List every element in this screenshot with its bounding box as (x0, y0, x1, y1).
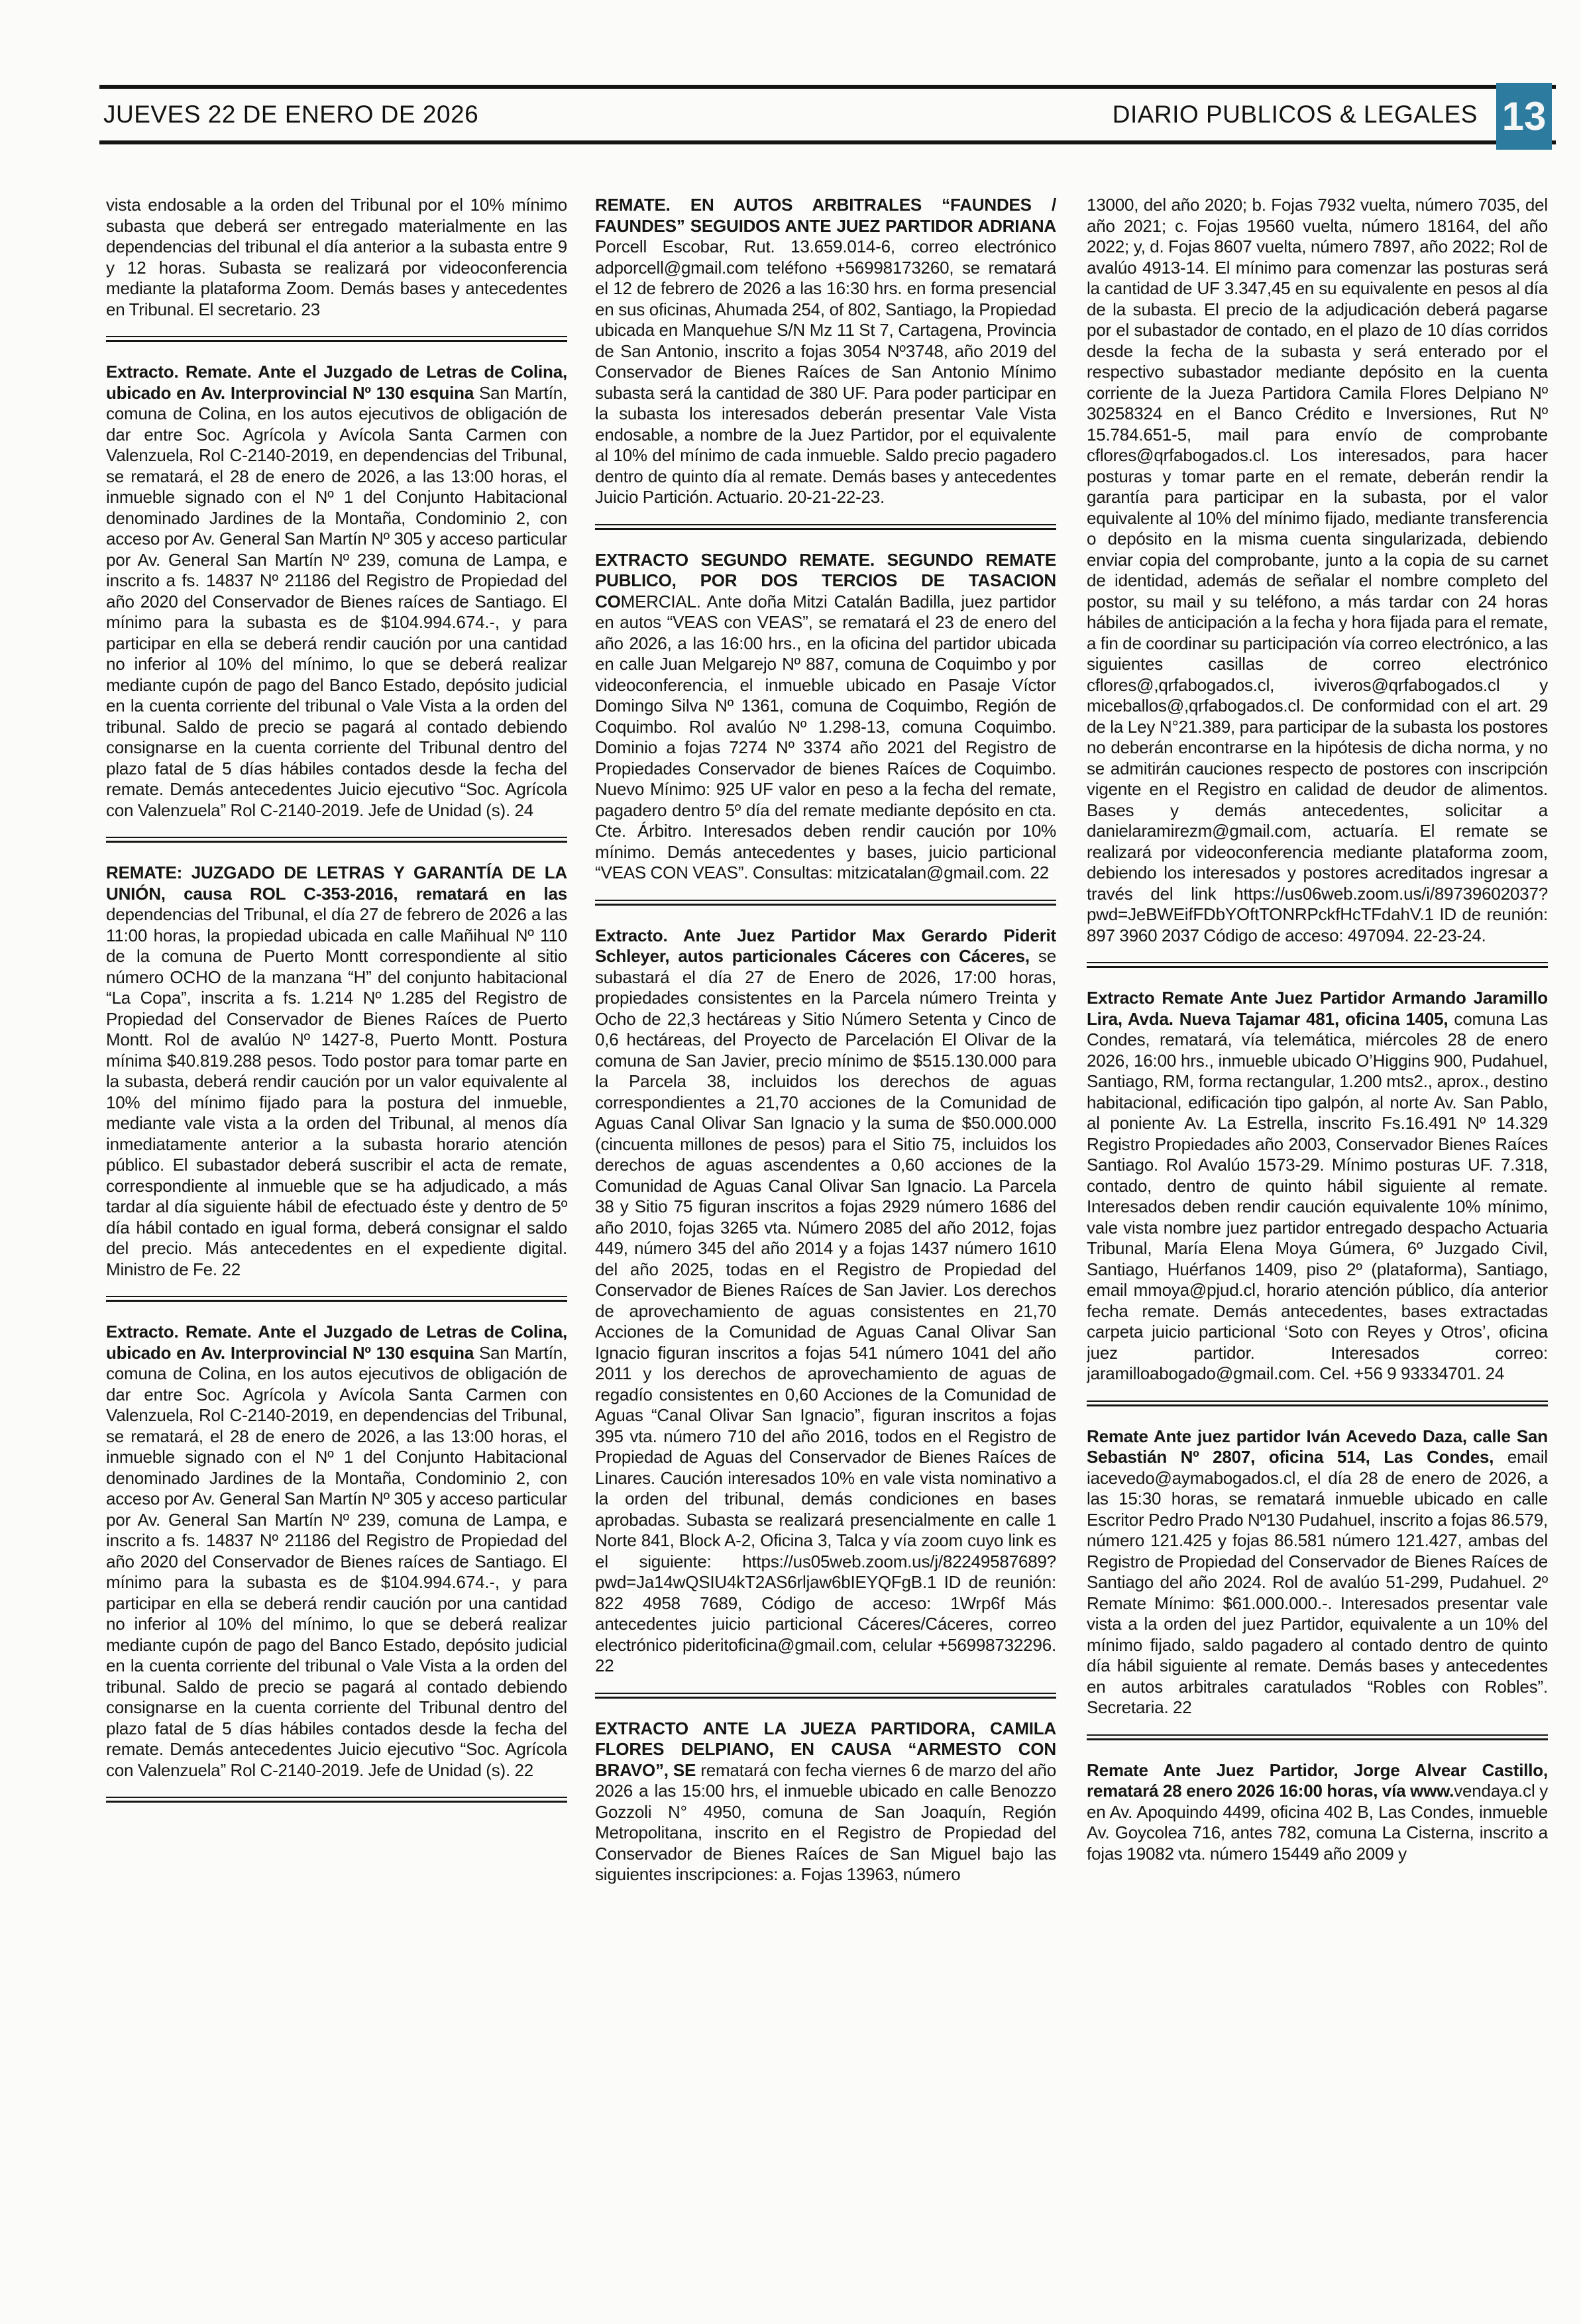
legal-notice-veas-segundo-remate: EXTRACTO SEGUNDO REMATE. SEGUNDO REMATE … (595, 550, 1056, 884)
legal-notice-colina-continuation: vista endosable a la orden del Tribunal … (106, 195, 567, 320)
header-bottom-rule (99, 140, 1556, 144)
notice-lead: REMATE: JUZGADO DE LETRAS Y GARANTÍA DE … (106, 863, 567, 904)
legal-notice-caceres: Extracto. Ante Juez Partidor Max Gerardo… (595, 925, 1056, 1677)
notice-body: dependencias del Tribunal, el día 27 de … (106, 904, 567, 1279)
notice-body: San Martín, comuna de Colina, en los aut… (106, 383, 567, 820)
legal-notice-armesto-con-bravo: EXTRACTO ANTE LA JUEZA PARTIDORA, CAMILA… (595, 1718, 1056, 1885)
notice-divider (106, 336, 567, 342)
legal-notice-armesto-continuation: 13000, del año 2020; b. Fojas 7932 vuelt… (1087, 195, 1548, 946)
legal-notice-extracto-colina-2: Extracto. Remate. Ante el Juzgado de Let… (106, 1322, 567, 1781)
notice-divider (106, 1797, 567, 1803)
notice-body: se subastará el día 27 de Enero de 2026,… (595, 946, 1056, 1675)
notice-body: San Martín, comuna de Colina, en los aut… (106, 1343, 567, 1780)
notice-body: 13000, del año 2020; b. Fojas 7932 vuelt… (1087, 195, 1548, 945)
notice-body: email iacevedo@aymabogados.cl, el día 28… (1087, 1447, 1548, 1717)
legal-notice-acevedo: Remate Ante juez partidor Iván Acevedo D… (1087, 1426, 1548, 1718)
legal-notice-extracto-colina-1: Extracto. Remate. Ante el Juzgado de Let… (106, 362, 567, 821)
legal-notice-jaramillo: Extracto Remate Ante Juez Partidor Arman… (1087, 988, 1548, 1385)
legal-notice-remate-la-union: REMATE: JUZGADO DE LETRAS Y GARANTÍA DE … (106, 863, 567, 1280)
publication-title: DIARIO PUBLICOS & LEGALES (1113, 101, 1556, 129)
page-number-badge: 13 (1496, 83, 1552, 150)
notice-divider (1087, 1734, 1548, 1740)
notice-lead: Remate Ante juez partidor Iván Acevedo D… (1087, 1426, 1548, 1467)
notice-body: MERCIAL. Ante doña Mitzi Catalán Badilla… (595, 592, 1056, 883)
notice-body: comuna Las Condes, rematará, vía telemát… (1087, 1009, 1548, 1384)
column-2: REMATE. EN AUTOS ARBITRALES “FAUNDES / F… (595, 195, 1056, 2291)
newspaper-page: { "header": { "date": "JUEVES 22 DE ENER… (0, 0, 1581, 2324)
notice-divider (1087, 962, 1548, 968)
notice-divider (595, 900, 1056, 906)
notice-divider (595, 524, 1056, 530)
notice-divider (106, 837, 567, 843)
column-1: vista endosable a la orden del Tribunal … (106, 195, 567, 2291)
header-row: JUEVES 22 DE ENERO DE 2026 DIARIO PUBLIC… (99, 89, 1556, 140)
notice-body: vista endosable a la orden del Tribunal … (106, 195, 567, 319)
notice-divider (1087, 1400, 1548, 1406)
header-date: JUEVES 22 DE ENERO DE 2026 (99, 101, 478, 129)
legal-notice-alvear: Remate Ante Juez Partidor, Jorge Alvear … (1087, 1760, 1548, 1865)
legal-notice-faundes: REMATE. EN AUTOS ARBITRALES “FAUNDES / F… (595, 195, 1056, 508)
notice-divider (595, 1693, 1056, 1699)
column-3: 13000, del año 2020; b. Fojas 7932 vuelt… (1087, 195, 1548, 2291)
notice-divider (106, 1296, 567, 1302)
notice-body: Porcell Escobar, Rut. 13.659.014-6, corr… (595, 237, 1056, 507)
notice-lead: REMATE. EN AUTOS ARBITRALES “FAUNDES / F… (595, 195, 1056, 236)
notice-lead: Extracto. Ante Juez Partidor Max Gerardo… (595, 925, 1056, 967)
